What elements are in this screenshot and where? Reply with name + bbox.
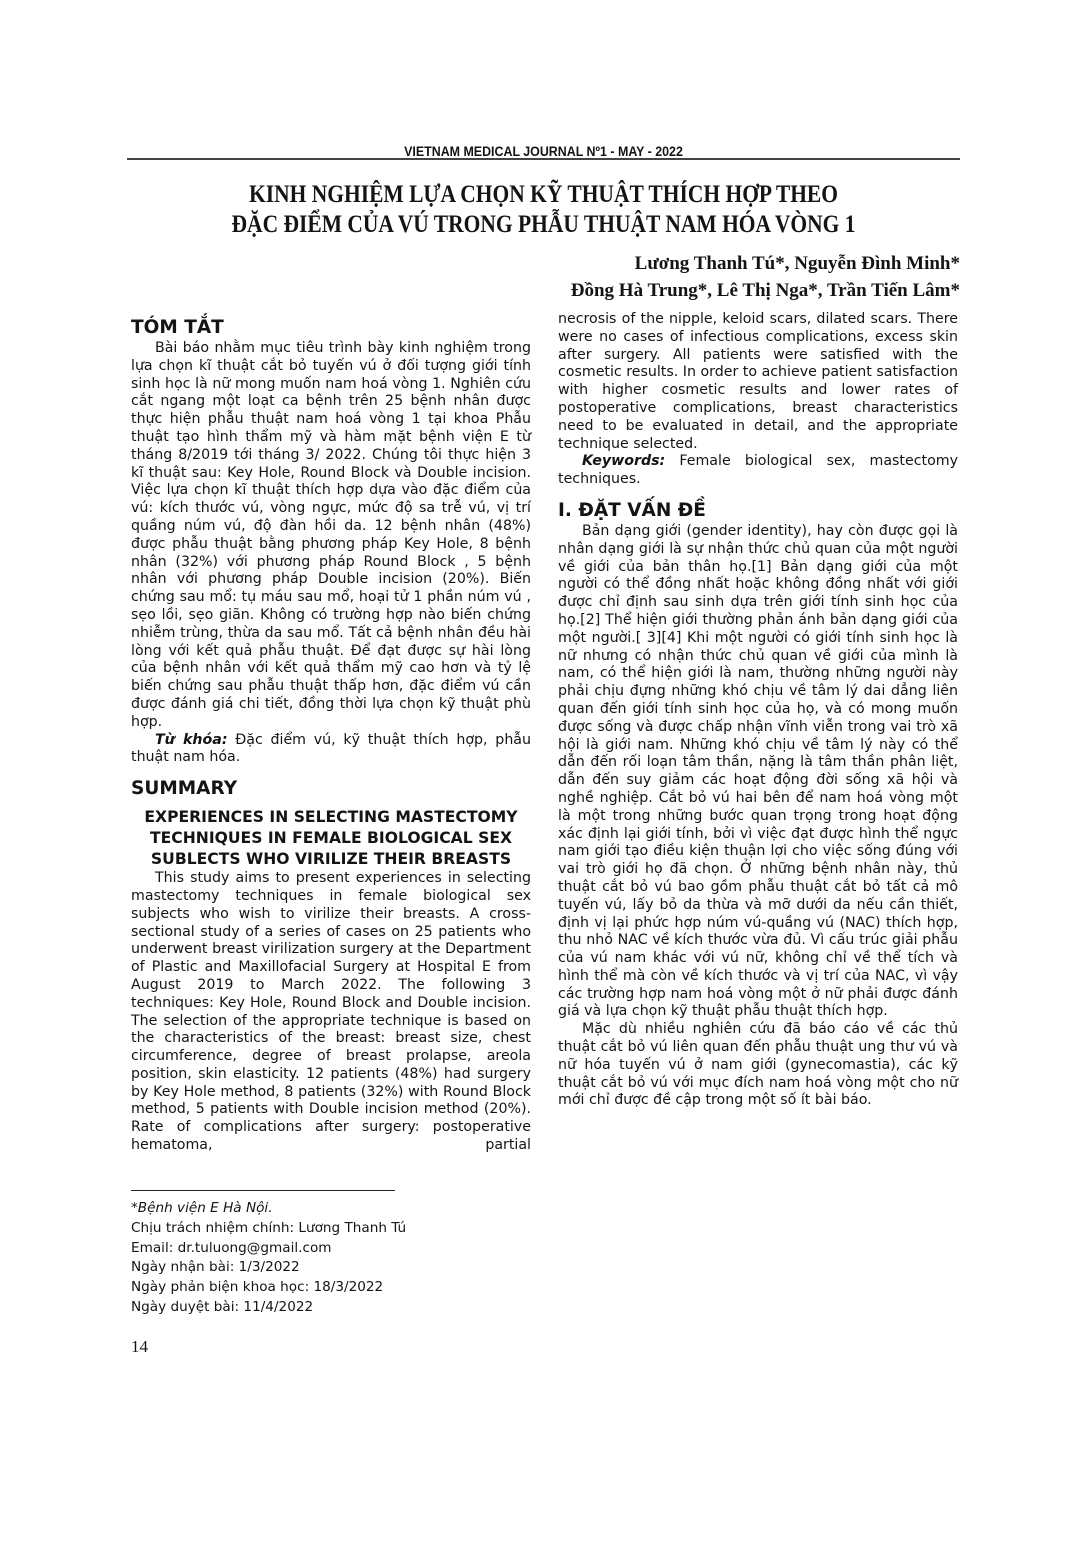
abstract-en-body-part2: necrosis of the nipple, keloid scars, di… [558, 311, 958, 453]
responsible-author: Chịu trách nhiệm chính: Lương Thanh Tú [131, 1219, 531, 1239]
accepted-date: Ngày duyệt bài: 11/4/2022 [131, 1298, 531, 1318]
header-rule [127, 158, 960, 160]
abstract-en-body-part1: This study aims to present experiences i… [131, 870, 531, 1155]
footnotes: *Bệnh viện E Hà Nội. Chịu trách nhiệm ch… [131, 1199, 531, 1318]
keywords-vi-label: Từ khóa: [155, 732, 228, 748]
spacer [131, 767, 531, 777]
english-title: EXPERIENCES IN SELECTING MASTECTOMY TECH… [131, 807, 531, 870]
section-1-paragraph-1: Bản dạng giới (gender identity), hay còn… [558, 523, 958, 1021]
author-list: Lương Thanh Tú*, Nguyễn Đình Minh* Đồng … [571, 250, 960, 304]
summary-heading: SUMMARY [131, 777, 531, 801]
article-title: KINH NGHIỆM LỰA CHỌN KỸ THUẬT THÍCH HỢP … [185, 180, 901, 240]
authors-line-1: Lương Thanh Tú*, Nguyễn Đình Minh* [571, 250, 960, 277]
spacer [558, 489, 958, 499]
affiliation-note: *Bệnh viện E Hà Nội. [131, 1199, 531, 1219]
section-1-paragraph-2: Mặc dù nhiều nghiên cứu đã báo cáo về cá… [558, 1021, 958, 1110]
footnote-rule [131, 1190, 395, 1191]
title-line-2: ĐẶC ĐIỂM CỦA VÚ TRONG PHẪU THUẬT NAM HÓA… [185, 210, 901, 240]
abstract-vi-heading: TÓM TẮT [131, 316, 531, 340]
abstract-en-keywords: Keywords: Female biological sex, mastect… [558, 453, 958, 489]
abstract-vi-keywords: Từ khóa: Đặc điểm vú, kỹ thuật thích hợp… [131, 732, 531, 768]
page-number: 14 [131, 1337, 148, 1357]
left-column: TÓM TẮT Bài báo nhằm mục tiêu trình bày … [131, 316, 531, 1155]
title-line-1: KINH NGHIỆM LỰA CHỌN KỸ THUẬT THÍCH HỢP … [185, 180, 901, 210]
section-1-heading: I. ĐẶT VẤN ĐỀ [558, 499, 958, 523]
right-column: necrosis of the nipple, keloid scars, di… [558, 311, 958, 1110]
authors-line-2: Đồng Hà Trung*, Lê Thị Nga*, Trần Tiến L… [571, 277, 960, 304]
abstract-vi-body: Bài báo nhằm mục tiêu trình bày kinh ngh… [131, 340, 531, 732]
author-email: Email: dr.tuluong@gmail.com [131, 1239, 531, 1259]
running-head: VIETNAM MEDICAL JOURNAL Nº1 - MAY - 2022 [160, 144, 926, 159]
keywords-en-label: Keywords: [582, 453, 665, 469]
received-date: Ngày nhận bài: 1/3/2022 [131, 1258, 531, 1278]
reviewed-date: Ngày phản biện khoa học: 18/3/2022 [131, 1278, 531, 1298]
